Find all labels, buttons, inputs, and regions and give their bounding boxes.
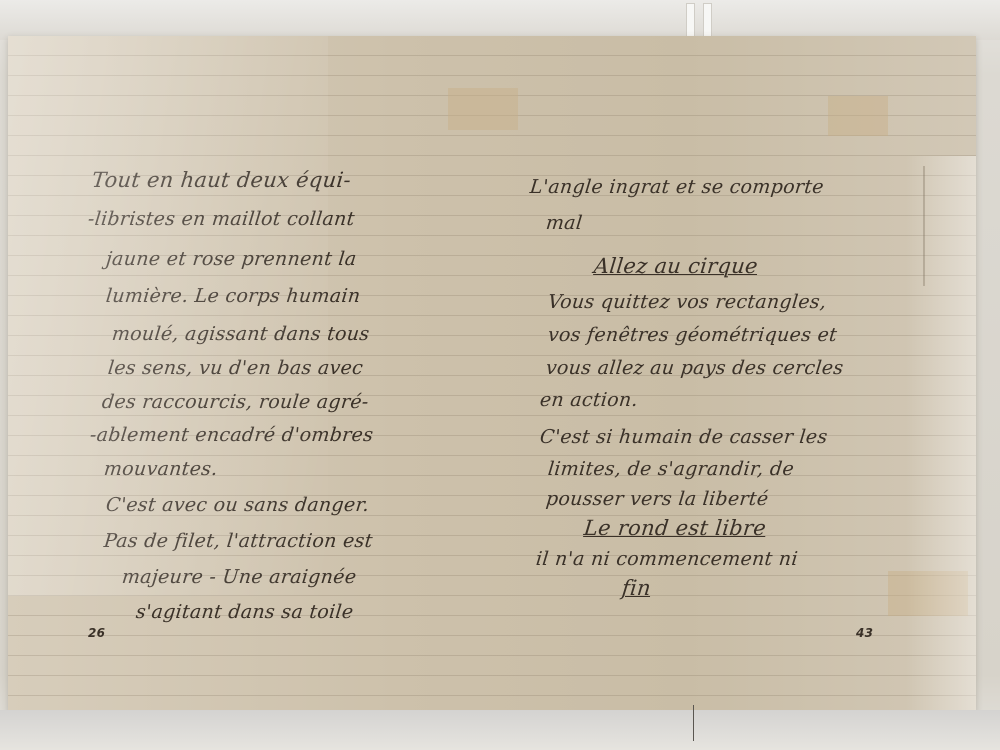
text-line: Pas de filet, l'attraction est <box>103 530 374 552</box>
text-line: majeure - Une araignée <box>121 566 358 588</box>
text-line: lumière. Le corps humain <box>105 285 362 307</box>
text-line: Tout en haut deux équi- <box>91 168 353 192</box>
text-line: Le rond est libre <box>583 516 768 540</box>
tape-mark <box>828 96 888 136</box>
text-line: L'angle ingrat et se comporte <box>529 176 825 198</box>
text-line: limites, de s'agrandir, de <box>547 458 795 480</box>
mat-mark <box>693 705 694 741</box>
page-number-right: 43 <box>856 626 873 640</box>
text-line: moulé, agissant dans tous <box>111 323 371 345</box>
text-line: C'est si humain de casser les <box>539 426 829 448</box>
text-line: pousser vers la liberté <box>545 488 770 510</box>
text-line: s'agitant dans sa toile <box>135 601 355 623</box>
manuscript-sheet: Tout en haut deux équi- -libristes en ma… <box>8 36 976 712</box>
text-line: Vous quittez vos rectangles, <box>547 291 828 313</box>
text-line: vous allez au pays des cercles <box>545 357 845 379</box>
tape-mark <box>448 88 518 130</box>
text-line: fin <box>621 576 652 600</box>
mounting-clip <box>703 3 712 37</box>
text-line: en action. <box>539 389 639 411</box>
glass-glare <box>906 156 976 750</box>
section-heading: Allez au cirque <box>593 254 759 278</box>
text-line: mal <box>545 212 584 234</box>
text-line: il n'a ni commencement ni <box>535 548 799 570</box>
frame-mat-bottom <box>0 710 1000 750</box>
text-line: -libristes en maillot collant <box>87 208 356 230</box>
frame-mat-top <box>0 0 1000 40</box>
text-line: jaune et rose prennent la <box>105 248 358 270</box>
text-line: des raccourcis, roule agré- <box>101 391 370 413</box>
tape-mark <box>888 571 968 616</box>
mounting-clip <box>686 3 695 37</box>
photo-scene: Tout en haut deux équi- -libristes en ma… <box>0 0 1000 750</box>
text-line: -ablement encadré d'ombres <box>89 424 375 446</box>
crease-line <box>923 166 925 286</box>
page-number-left: 26 <box>88 626 105 640</box>
text-line: vos fenêtres géométriques et <box>547 324 838 346</box>
text-line: les sens, vu d'en bas avec <box>107 357 364 379</box>
text-line: C'est avec ou sans danger. <box>105 494 371 516</box>
text-line: mouvantes. <box>103 458 219 480</box>
